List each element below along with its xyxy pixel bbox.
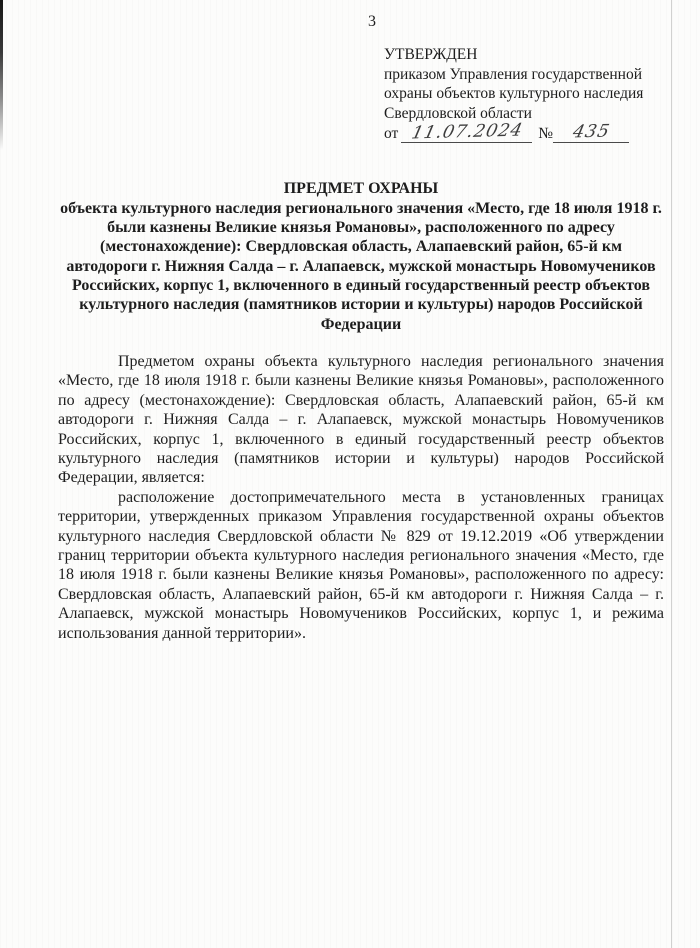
- body-paragraph-2: расположение достопримечательного места …: [58, 488, 664, 643]
- approval-line-order: приказом Управления государственной: [384, 65, 643, 85]
- page-number: 3: [368, 13, 376, 31]
- approval-reference-line: от11.07.2024 №435: [384, 124, 643, 144]
- number-underline: 435: [553, 124, 629, 143]
- body-paragraph-1: Предметом охраны объекта культурного нас…: [58, 352, 664, 488]
- title-block: ПРЕДМЕТ ОХРАНЫ объекта культурного насле…: [58, 179, 664, 334]
- scan-artifact-vertical-line: [671, 0, 672, 948]
- handwritten-number: 435: [570, 123, 611, 144]
- handwritten-date: 11.07.2024: [409, 122, 524, 144]
- document-page: 3 УТВЕРЖДЕН приказом Управления государс…: [0, 0, 700, 948]
- number-label: №: [538, 125, 553, 142]
- document-subject: объекта культурного наследия регионально…: [58, 199, 664, 334]
- date-label: от: [384, 125, 398, 142]
- scan-artifact-left-edge: [0, 0, 3, 150]
- date-underline: 11.07.2024: [401, 124, 532, 143]
- approval-line-agency: охраны объектов культурного наследия: [384, 84, 643, 104]
- approval-line-approved: УТВЕРЖДЕН: [384, 45, 643, 65]
- approval-block: УТВЕРЖДЕН приказом Управления государств…: [384, 45, 643, 144]
- document-title: ПРЕДМЕТ ОХРАНЫ: [58, 179, 664, 198]
- document-body: Предметом охраны объекта культурного нас…: [58, 352, 664, 643]
